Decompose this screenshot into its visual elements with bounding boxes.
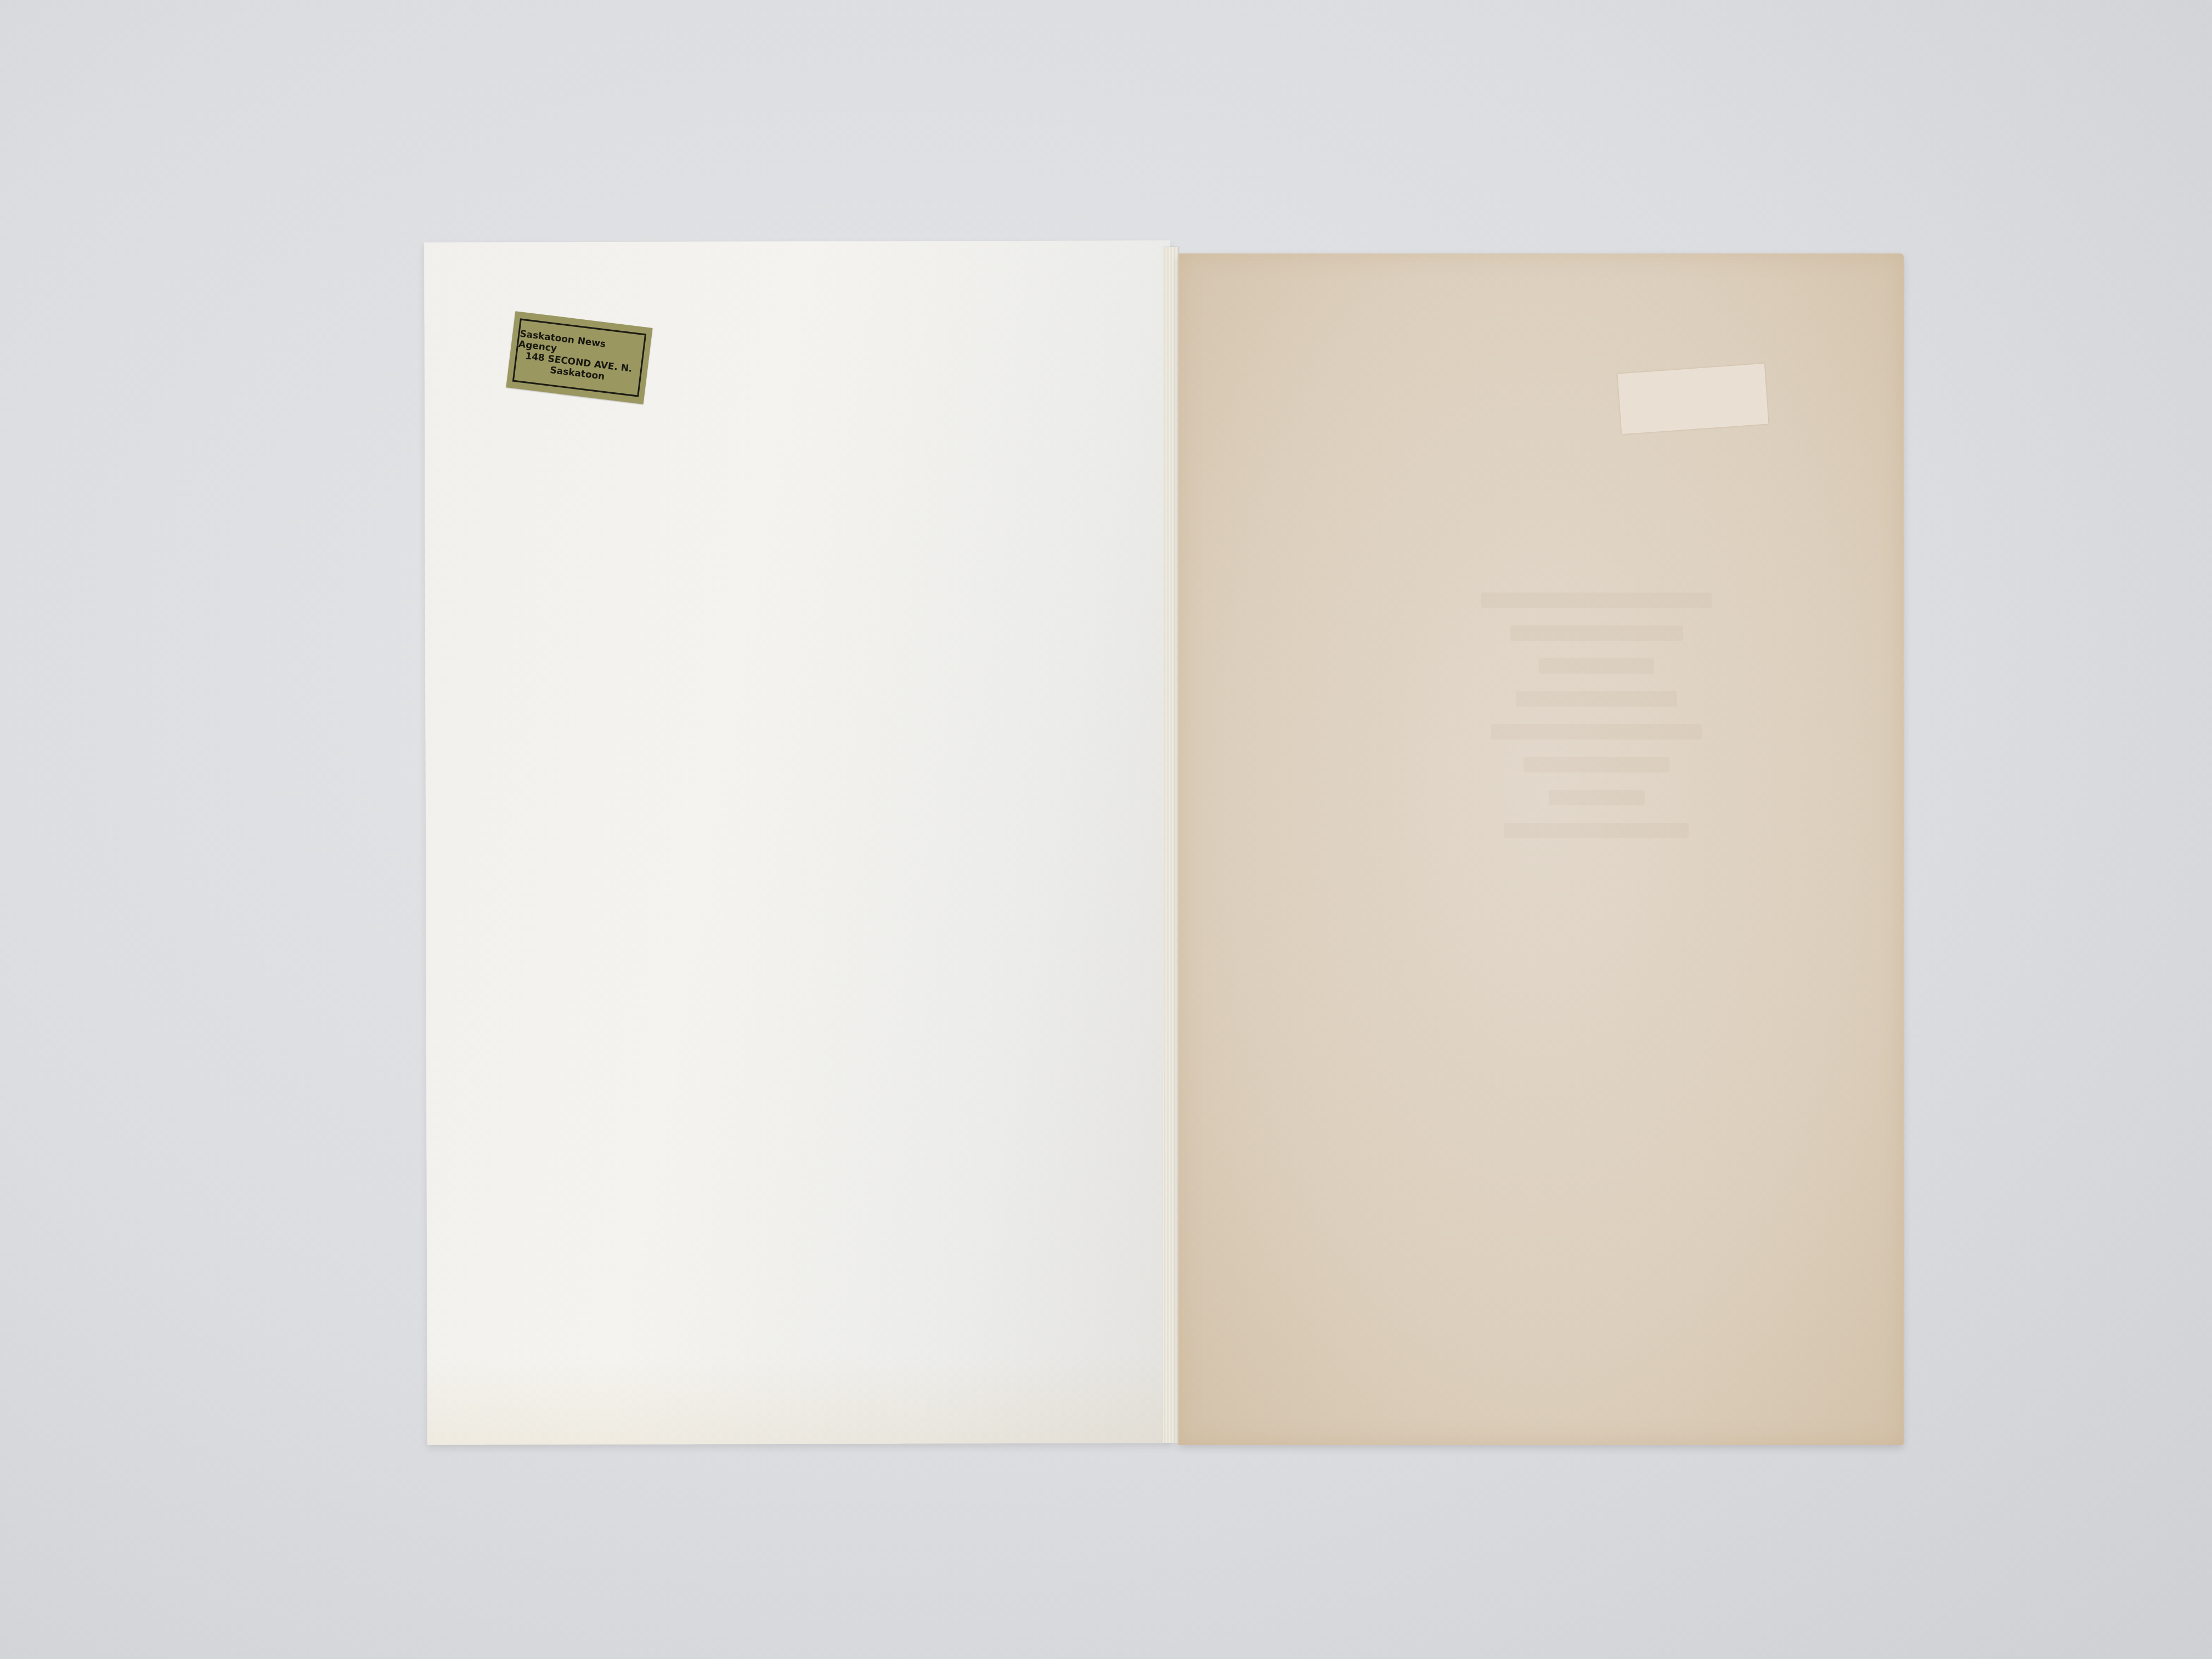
- ghost-line: [1491, 724, 1702, 740]
- ghost-line: [1549, 790, 1645, 805]
- faded-offset-text: [1404, 592, 1788, 856]
- ghost-line: [1539, 658, 1654, 674]
- open-book: Saskatoon News Agency 148 SECOND AVE. N.…: [0, 0, 2212, 1659]
- ghost-line: [1523, 757, 1669, 772]
- label-ghost-mark: [1617, 364, 1768, 434]
- page-edges: [1163, 247, 1178, 1443]
- ghost-line: [1481, 592, 1712, 608]
- inside-front-cover: [424, 240, 1173, 1445]
- ghost-line: [1504, 823, 1689, 838]
- ghost-line: [1510, 625, 1683, 641]
- ghost-line: [1516, 691, 1677, 707]
- sticker-border: Saskatoon News Agency 148 SECOND AVE. N.…: [512, 318, 646, 397]
